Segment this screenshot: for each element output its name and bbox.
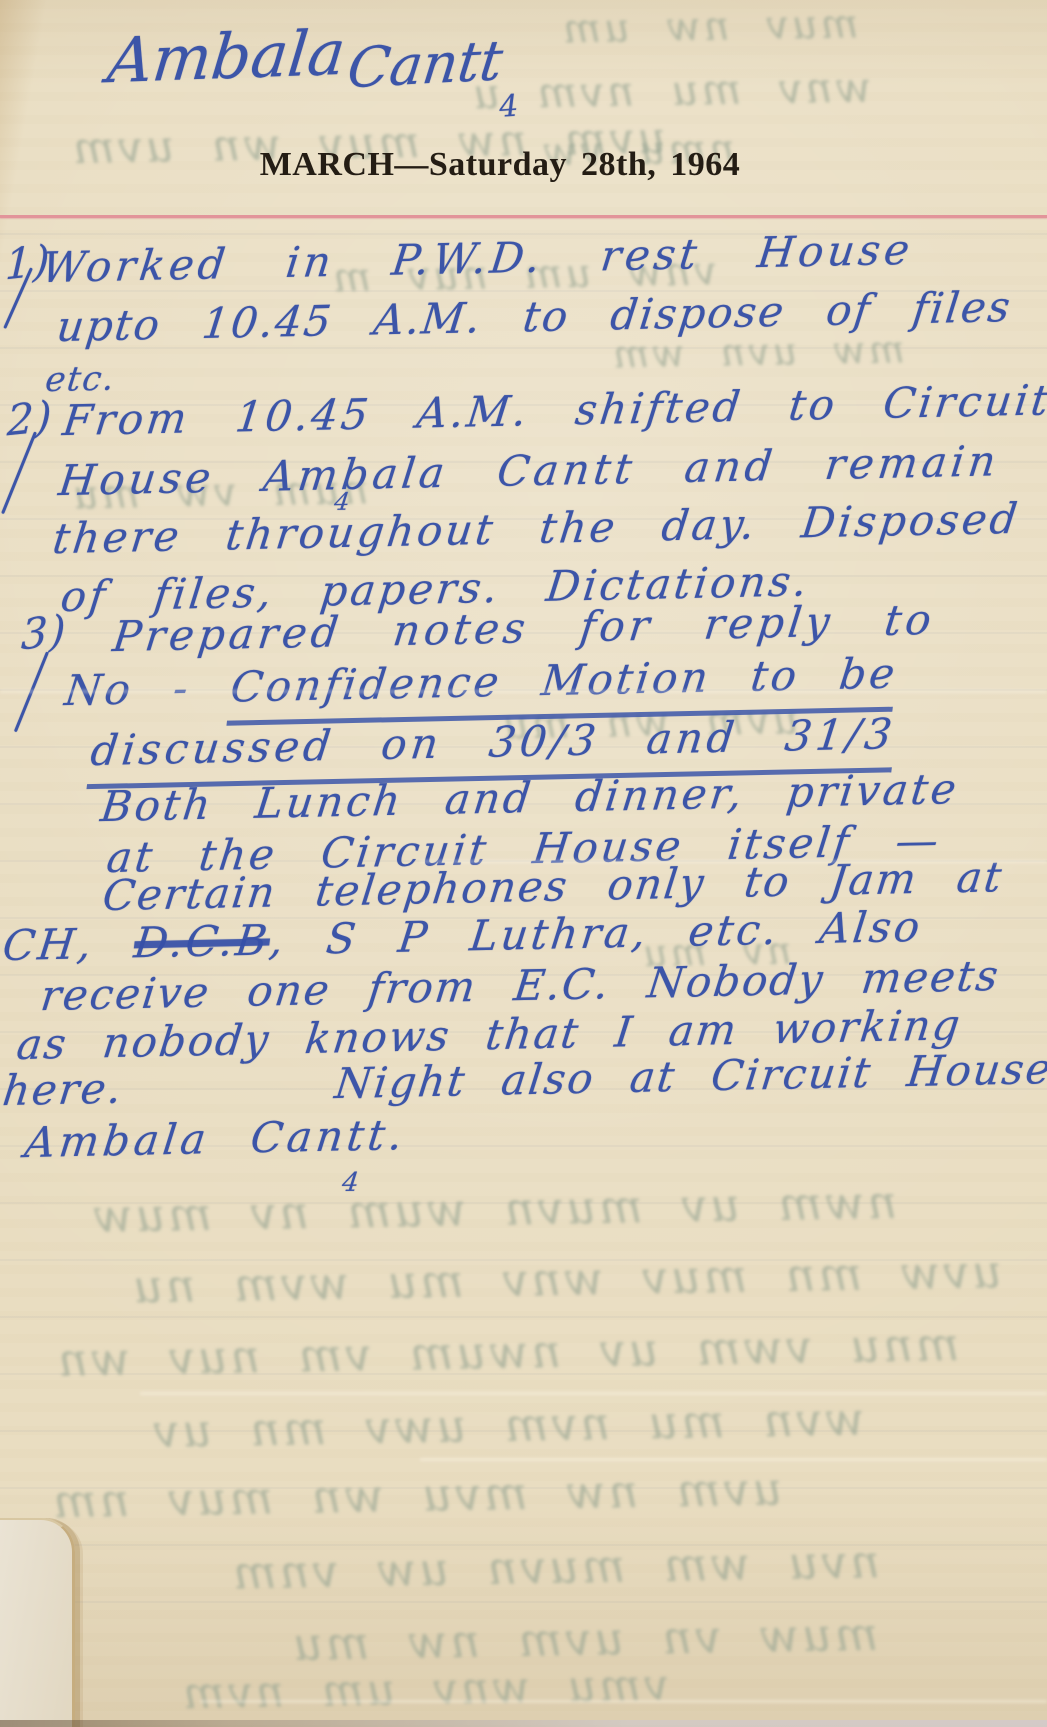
handwritten-location-word-2: Cantt xyxy=(344,28,506,101)
paper-crease xyxy=(0,690,1047,693)
bleed-through-ghost-line: mnu vwm uv nwum vm nuv wn xyxy=(55,1317,960,1387)
handwritten-location-word-1: Ambala xyxy=(104,16,349,98)
entry-3-number: 3) xyxy=(20,605,68,659)
bleed-through-ghost-line: nvu wm muvn uw vnm xyxy=(230,1534,881,1599)
bleed-through-ghost-line: wvn mu nvm uwv mn uv xyxy=(150,1392,865,1458)
entry-1-line: Worked in P.W.D. rest House xyxy=(39,225,916,292)
bleed-through-ghost-line: uvm nw mvu wn muv nm xyxy=(50,1462,783,1529)
text-segment: etc. xyxy=(43,359,117,401)
diary-page: muv nw umwnv mu nvm uuvm nw muv wn uvmnm… xyxy=(0,0,1047,1727)
entry-1-line: etc. xyxy=(43,359,117,401)
text-segment: House Ambala Cantt and remain xyxy=(56,436,1002,505)
entry-2-number: 2) xyxy=(6,391,54,445)
entry-2-line: House Ambala Cantt and remain xyxy=(56,436,1002,505)
text-segment: From 10.45 A.M. shifted to Circuit xyxy=(60,375,1047,445)
paper-crease xyxy=(420,1458,1047,1461)
entry-2-line: From 10.45 A.M. shifted to Circuit xyxy=(60,375,1047,445)
paper-crease xyxy=(140,1392,1047,1395)
paper-crease xyxy=(200,1700,1047,1703)
text-segment: 4 xyxy=(340,1168,362,1198)
struck-out-text: D.C.B xyxy=(132,915,273,967)
bleed-through-ghost-line: wnv mu nvm u xyxy=(470,63,872,119)
text-segment: 3) xyxy=(20,605,68,659)
entry-1-line: upto 10.45 A.M. to dispose of files xyxy=(54,282,1014,351)
bleed-through-ghost-line: muw vn uvm nw mu xyxy=(290,1607,879,1671)
entry-2-line: there throughout the day. Disposed xyxy=(50,494,1023,563)
printed-date-header: MARCH—Saturday 28th, 1964 xyxy=(0,146,1000,184)
text-segment: No - xyxy=(62,663,234,716)
bleed-through-ghost-line: vmu wnv um nvm xyxy=(180,1660,670,1720)
text-segment: 2) xyxy=(6,391,54,445)
cantt-flourish: 4 xyxy=(340,1168,362,1198)
page-bottom-edge xyxy=(0,1720,1047,1727)
cut-corner-underlying-page xyxy=(0,1518,75,1727)
text-segment: CH, xyxy=(0,918,137,970)
bleed-through-ghost-line: uvw mn muv wnv mu wvm nu xyxy=(130,1244,1002,1313)
bleed-through-ghost-line: nwm uv muvn wum nv muw xyxy=(90,1175,898,1243)
entry-3-line: discussed on 30/3 and 31/3 xyxy=(88,709,898,775)
text-segment: upto 10.45 A.M. to dispose of files xyxy=(54,282,1014,351)
text-segment: Ambala Cantt. xyxy=(22,1110,409,1167)
cantt-flourish: 4 xyxy=(498,89,519,125)
entry-3-line: Ambala Cantt. xyxy=(22,1110,409,1167)
text-segment: there throughout the day. Disposed xyxy=(50,494,1023,563)
paper-crease xyxy=(420,860,1047,863)
date-separator-rule xyxy=(0,215,1047,218)
text-segment: Worked in P.W.D. rest House xyxy=(39,225,916,292)
bleed-through-ghost-line: muv nw um xyxy=(560,1,859,52)
